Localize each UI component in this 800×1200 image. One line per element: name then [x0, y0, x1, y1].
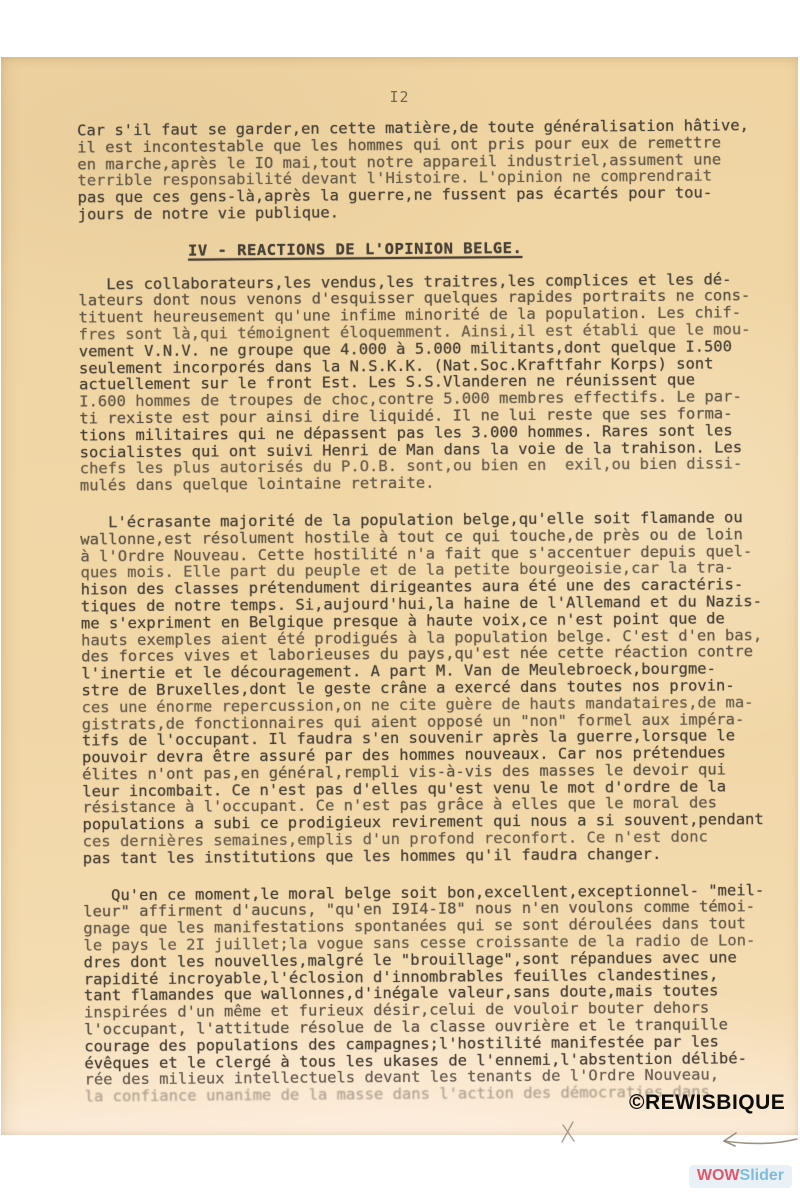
scanned-document-page: I2 Car s'il faut se garder,en cette mati…: [1, 57, 798, 1135]
wowslider-watermark[interactable]: WOWSlider: [689, 1165, 792, 1188]
page-number: I2: [1, 88, 798, 106]
screenshot-canvas: I2 Car s'il faut se garder,en cette mati…: [0, 0, 800, 1200]
text-line: mulés dans quelque lointaine retraite.: [80, 472, 799, 494]
paragraph-3: L'écrasante majorité de la population be…: [80, 509, 800, 867]
wowslider-wow-label: WOW: [697, 1167, 740, 1184]
section-heading: IV - REACTIONS DE L'OPINION BELGE.: [188, 238, 797, 260]
press-watermark: ©REWISBIQUE: [629, 1091, 785, 1115]
pencil-cross-annotation-icon: [558, 1120, 578, 1145]
paragraph-4: Qu'en ce moment,le moral belge soit bon,…: [83, 882, 800, 1106]
wowslider-slider-label: Slider: [740, 1167, 784, 1184]
document-body: Car s'il faut se garder,en cette matière…: [77, 117, 800, 1106]
paragraph-1: Car s'il faut se garder,en cette matière…: [77, 117, 797, 223]
pencil-arrow-annotation-icon: [715, 1128, 800, 1154]
text-line: jours de notre vie publique.: [78, 201, 797, 223]
paragraph-2: Les collaborateurs,les vendus,les traitr…: [78, 270, 799, 494]
